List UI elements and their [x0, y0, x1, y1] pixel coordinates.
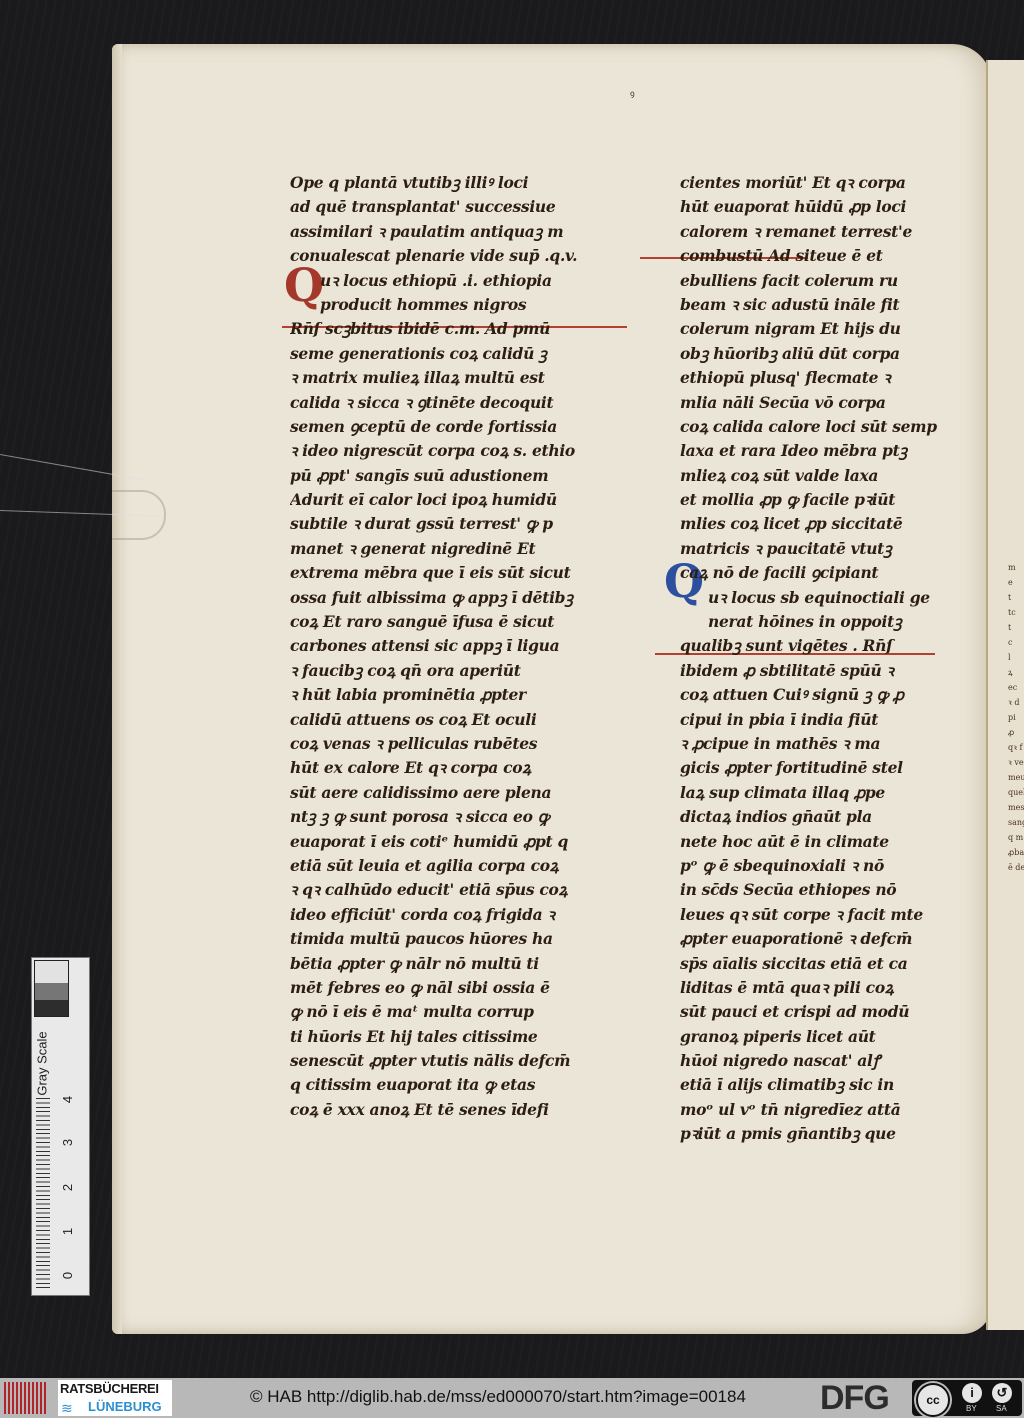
text-line: dictaꝝ indios gn̄aūt pla [680, 805, 945, 829]
text-line: leues qꝛ sūt corpe ꝛ facit mte [680, 903, 945, 927]
text-line: laxa et rara Ideo mēbra ptꝫ [680, 439, 945, 463]
text-line: q citissim euaporat ita ꝙ etas [290, 1073, 630, 1097]
text-line: coꝝ Et raro sanguē īfusa ē sicut [290, 610, 630, 634]
library-name-bottom: LÜNEBURG [88, 1399, 162, 1414]
cc-icon: cc [916, 1383, 950, 1417]
text-line: ti hūoris Et hij tales citissime [290, 1025, 630, 1049]
text-line: calida ꝛ sicca ꝛ ꝯtinēte decoquit [290, 391, 630, 415]
text-line: combustū Ad siteue ē et [680, 244, 945, 268]
text-line: et mollia ꝓp ꝙ facile pꝛiūt [680, 488, 945, 512]
text-line: semen ꝯceptū de corde fortissia [290, 415, 630, 439]
text-line: cipui in pbia ī india fiūt [680, 708, 945, 732]
library-name-top: RATSBÜCHEREI [60, 1381, 159, 1396]
text-line: sp̄s aīalis siccitas etiā et ca [680, 952, 945, 976]
text-line: liditas ē mtā quaꝛ pili coꝝ [680, 976, 945, 1000]
text-line: granoꝝ piperis licet aūt [680, 1025, 945, 1049]
text-line: Rn̄ſ scꝫbitus ibidē c.m. Ad pmū [290, 317, 630, 341]
ruler-number: 3 [60, 1139, 75, 1146]
text-line: calidū attuens os coꝝ Et oculi [290, 708, 630, 732]
ruler-number: 2 [60, 1184, 75, 1191]
text-line: mlies coꝝ licet ꝓp siccitatē [680, 512, 945, 536]
text-line: euaporat ī eis cotiᵉ humidū ꝓpt q [290, 830, 630, 854]
text-line: mlia nāli Secūa vō corpa [680, 391, 945, 415]
clip-wire [0, 454, 148, 481]
text-line: assimilari ꝛ paulatim antiquaꝫ m [290, 220, 630, 244]
text-line: etiā sūt leuia et agilia corpa coꝝ [290, 854, 630, 878]
text-line: carbones attensi sic appꝫ ī ligua [290, 634, 630, 658]
text-line: ideo efficiūt' corda coꝝ frigida ꝛ [290, 903, 630, 927]
text-line: bētia ꝓpter ꝙ nālr nō multū ti [290, 952, 630, 976]
footer-bar: RATSBÜCHEREI ≋ LÜNEBURG © HAB http://dig… [0, 1378, 1024, 1418]
text-line: qualibꝫ sunt vigētes . Rn̄ſ [680, 634, 945, 658]
text-line: ebulliens facit colerum ru [680, 269, 945, 293]
text-line: coꝝ attuen Cuiꝰ signū ꝫ ꝙ ꝓ [680, 683, 945, 707]
swatch-light [35, 961, 68, 983]
text-line: hūoi nigredo nascat' alꝭ [680, 1049, 945, 1073]
library-barcode-logo [4, 1382, 48, 1414]
text-line: pū ꝓpt' sangīs suū adustionem [290, 464, 630, 488]
text-line: ꝛ faucibꝫ coꝝ qn̄ ora aperiūt [290, 659, 630, 683]
dfg-logo[interactable]: DFG [820, 1380, 889, 1416]
text-line: beam ꝛ sic adustū ināle fit [680, 293, 945, 317]
copyright-link[interactable]: © HAB http://diglib.hab.de/mss/ed000070/… [250, 1387, 746, 1407]
text-line: in sc̄ds Secūa ethiopes nō [680, 878, 945, 902]
text-line: sūt pauci et crispi ad modū [680, 1000, 945, 1024]
text-line: nerat hōines in oppoitꝫ [680, 610, 945, 634]
text-line: subtile ꝛ durat gssū terrest' ꝙ p [290, 512, 630, 536]
swatch-mid [35, 983, 68, 1000]
sa-label: SA [996, 1404, 1007, 1413]
text-line: sūt aere calidissimo aere plena [290, 781, 630, 805]
clip-loop [112, 490, 166, 540]
text-line: matricis ꝛ paucitatē vtutꝫ [680, 537, 945, 561]
facing-page-margin-text: m e t tc t c l ꝝ ec ꝛ d pi ꝓ qꝛ f ꝛ ve m… [1008, 560, 1024, 1120]
library-logo[interactable]: RATSBÜCHEREI ≋ LÜNEBURG [58, 1380, 172, 1416]
text-line: gicis ꝓpter fortitudinē stel [680, 756, 945, 780]
text-line: extrema mēbra que ī eis sūt sicut [290, 561, 630, 585]
text-line: ꝛ hūt labia prominētia ꝓpter [290, 683, 630, 707]
text-line: hūt ex calore Et qꝛ corpa coꝝ [290, 756, 630, 780]
text-line: ntꝫ ꝫ ꝙ sunt porosa ꝛ sicca eo ꝙ [290, 805, 630, 829]
page-edge [112, 44, 122, 1334]
text-column-left: Ope q plantā vtutibꝫ illiꝰ loci ad quē t… [290, 171, 630, 1122]
text-line: Adurit eī calor loci ipoꝝ humidū [290, 488, 630, 512]
text-line: cientes moriūt' Et qꝛ corpa [680, 171, 945, 195]
text-line: Ope q plantā vtutibꝫ illiꝰ loci [290, 171, 630, 195]
folio-mark: ꝯ [630, 88, 635, 99]
manuscript-scan: m e t tc t c l ꝝ ec ꝛ d pi ꝓ qꝛ f ꝛ ve m… [0, 0, 1024, 1378]
text-line: uꝛ locus sb equinoctiali ge [680, 586, 945, 610]
ruler-number: 4 [60, 1096, 75, 1103]
ruler-ticks [36, 1098, 66, 1288]
text-line: caꝝ nō de facili ꝯcipiant [680, 561, 945, 585]
text-line: ossa fuit albissima ꝙ appꝫ ī dētibꝫ [290, 586, 630, 610]
text-line: ꝙ nō ī eis ē maᵗ multa corrup [290, 1000, 630, 1024]
text-line: manet ꝛ generat nigredinē Et [290, 537, 630, 561]
text-line: ibidem ꝓ sbtilitatē spūū ꝛ [680, 659, 945, 683]
open-book-icon: ≋ [61, 1400, 73, 1417]
text-line: pꝛiūt a pmis gn̄antibꝫ que [680, 1122, 945, 1146]
text-line: producit hommes nigros [290, 293, 630, 317]
text-line: etiā ī alijs climatibꝫ sic in [680, 1073, 945, 1097]
text-line: pᵒ ꝙ ē sbequinoxiali ꝛ nō [680, 854, 945, 878]
text-line: obꝫ hūoribꝫ aliū dūt corpa [680, 342, 945, 366]
text-line: mlieꝝ coꝝ sūt valde laxa [680, 464, 945, 488]
ruler-number: 0 [60, 1272, 75, 1279]
text-line: moᵒ ul vᵒ tn̄ nigredīez attā [680, 1098, 945, 1122]
gray-swatches [34, 960, 69, 1017]
text-line: laꝝ sup climata illaq ꝓpe [680, 781, 945, 805]
text-line: mēt febres eo ꝙ nāl sibi ossia ē [290, 976, 630, 1000]
text-line: nete hoc aūt ē in climate [680, 830, 945, 854]
text-line: coꝝ ē xxx anoꝝ Et tē senes īdefi [290, 1098, 630, 1122]
text-line: conualescat plenarie vide sup̄ .q.v. [290, 244, 630, 268]
ruler-number: 1 [60, 1228, 75, 1235]
swatch-dark [35, 1000, 68, 1016]
text-line: ꝛ ideo nigrescūt corpa coꝝ s. ethio [290, 439, 630, 463]
text-line: uꝛ locus ethiopū .i. ethiopia [290, 269, 630, 293]
text-line: coꝝ venas ꝛ pelliculas rubētes [290, 732, 630, 756]
cc-license-badge[interactable]: cc i ↺ BY SA [912, 1380, 1022, 1416]
gray-scale-card: Gray Scale 0 1 2 3 4 [31, 957, 90, 1296]
share-alike-icon: ↺ [992, 1383, 1012, 1403]
text-line: colerum nigram Et hijs du [680, 317, 945, 341]
page-holder-clip [0, 440, 168, 530]
text-line: senescūt ꝓpter vtutis nālis defcm̄ [290, 1049, 630, 1073]
by-label: BY [966, 1404, 977, 1413]
text-line: ethiopū plusq' flecmate ꝛ [680, 366, 945, 390]
text-line: ad quē transplantat' successiue [290, 195, 630, 219]
text-line: hūt euaporat hūidū ꝓp loci [680, 195, 945, 219]
text-line: ꝛ ꝓcipue in mathēs ꝛ ma [680, 732, 945, 756]
attribution-person-icon: i [962, 1383, 982, 1403]
text-line: coꝝ calida calore loci sūt semp [680, 415, 945, 439]
gray-scale-label: Gray Scale [35, 1031, 50, 1095]
text-column-right: cientes moriūt' Et qꝛ corpa hūt euaporat… [680, 171, 945, 1147]
text-line: timida multū paucos hūores ha [290, 927, 630, 951]
text-line: calorem ꝛ remanet terrest'e [680, 220, 945, 244]
text-line: ꝓpter euaporationē ꝛ defcm̄ [680, 927, 945, 951]
text-line: seme generationis coꝝ calidū ꝫ [290, 342, 630, 366]
text-line: ꝛ qꝛ calhūdo educit' etiā sp̄us coꝝ [290, 878, 630, 902]
text-line: ꝛ matrix mulieꝝ illaꝝ multū est [290, 366, 630, 390]
